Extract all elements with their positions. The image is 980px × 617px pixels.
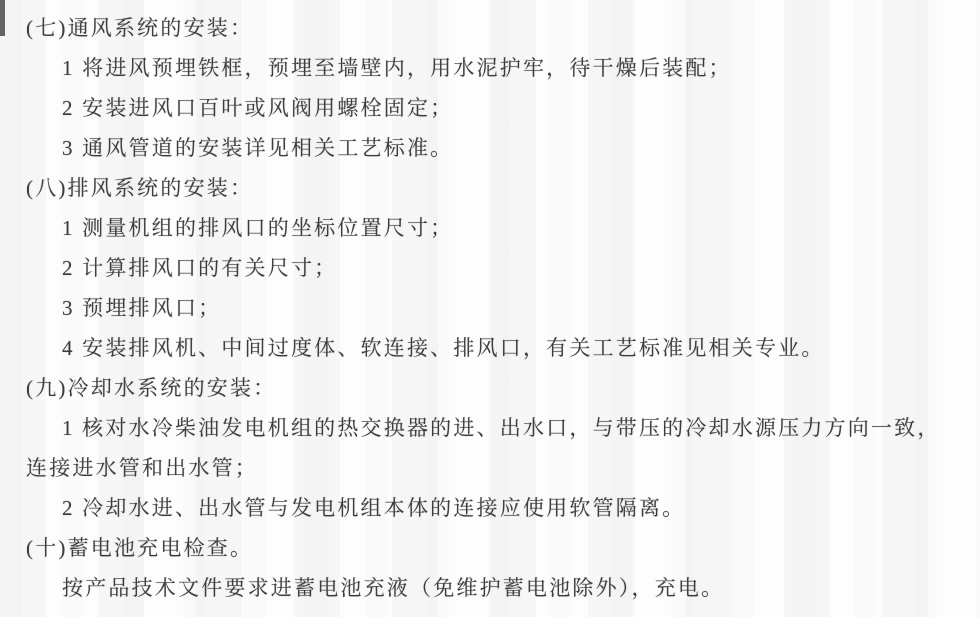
paragraph: 按产品技术文件要求进蓄电池充液（免维护蓄电池除外），充电。	[26, 568, 954, 608]
list-item: 4 安装排风机、中间过度体、软连接、排风口，有关工艺标准见相关专业。	[26, 328, 954, 368]
list-item: 3 通风管道的安装详见相关工艺标准。	[26, 128, 954, 168]
list-item: 2 计算排风口的有关尺寸；	[26, 248, 954, 288]
document-page: (七)通风系统的安装： 1 将进风预埋铁框，预埋至墙壁内，用水泥护牢，待干燥后装…	[0, 0, 980, 617]
section-heading: (十)蓄电池充电检查。	[26, 528, 954, 568]
list-item: 2 安装进风口百叶或风阀用螺栓固定；	[26, 88, 954, 128]
section-heading: (九)冷却水系统的安装：	[26, 368, 954, 408]
section-heading: (八)排风系统的安装：	[26, 168, 954, 208]
list-item: 1 将进风预埋铁框，预埋至墙壁内，用水泥护牢，待干燥后装配；	[26, 48, 954, 88]
list-item: 1 测量机组的排风口的坐标位置尺寸；	[26, 208, 954, 248]
section-battery-charge-check: (十)蓄电池充电检查。 按产品技术文件要求进蓄电池充液（免维护蓄电池除外），充电…	[26, 528, 954, 608]
list-item: 3 预埋排风口；	[26, 288, 954, 328]
section-exhaust-install: (八)排风系统的安装： 1 测量机组的排风口的坐标位置尺寸； 2 计算排风口的有…	[26, 168, 954, 368]
list-item: 1 核对水冷柴油发电机组的热交换器的进、出水口，与带压的冷却水源压力方向一致，连…	[26, 408, 954, 488]
list-item: 2 冷却水进、出水管与发电机组本体的连接应使用软管隔离。	[26, 488, 954, 528]
scan-edge-artifact	[0, 0, 5, 36]
section-cooling-water-install: (九)冷却水系统的安装： 1 核对水冷柴油发电机组的热交换器的进、出水口，与带压…	[26, 368, 954, 528]
section-heading: (七)通风系统的安装：	[26, 8, 954, 48]
section-ventilation-install: (七)通风系统的安装： 1 将进风预埋铁框，预埋至墙壁内，用水泥护牢，待干燥后装…	[26, 8, 954, 168]
